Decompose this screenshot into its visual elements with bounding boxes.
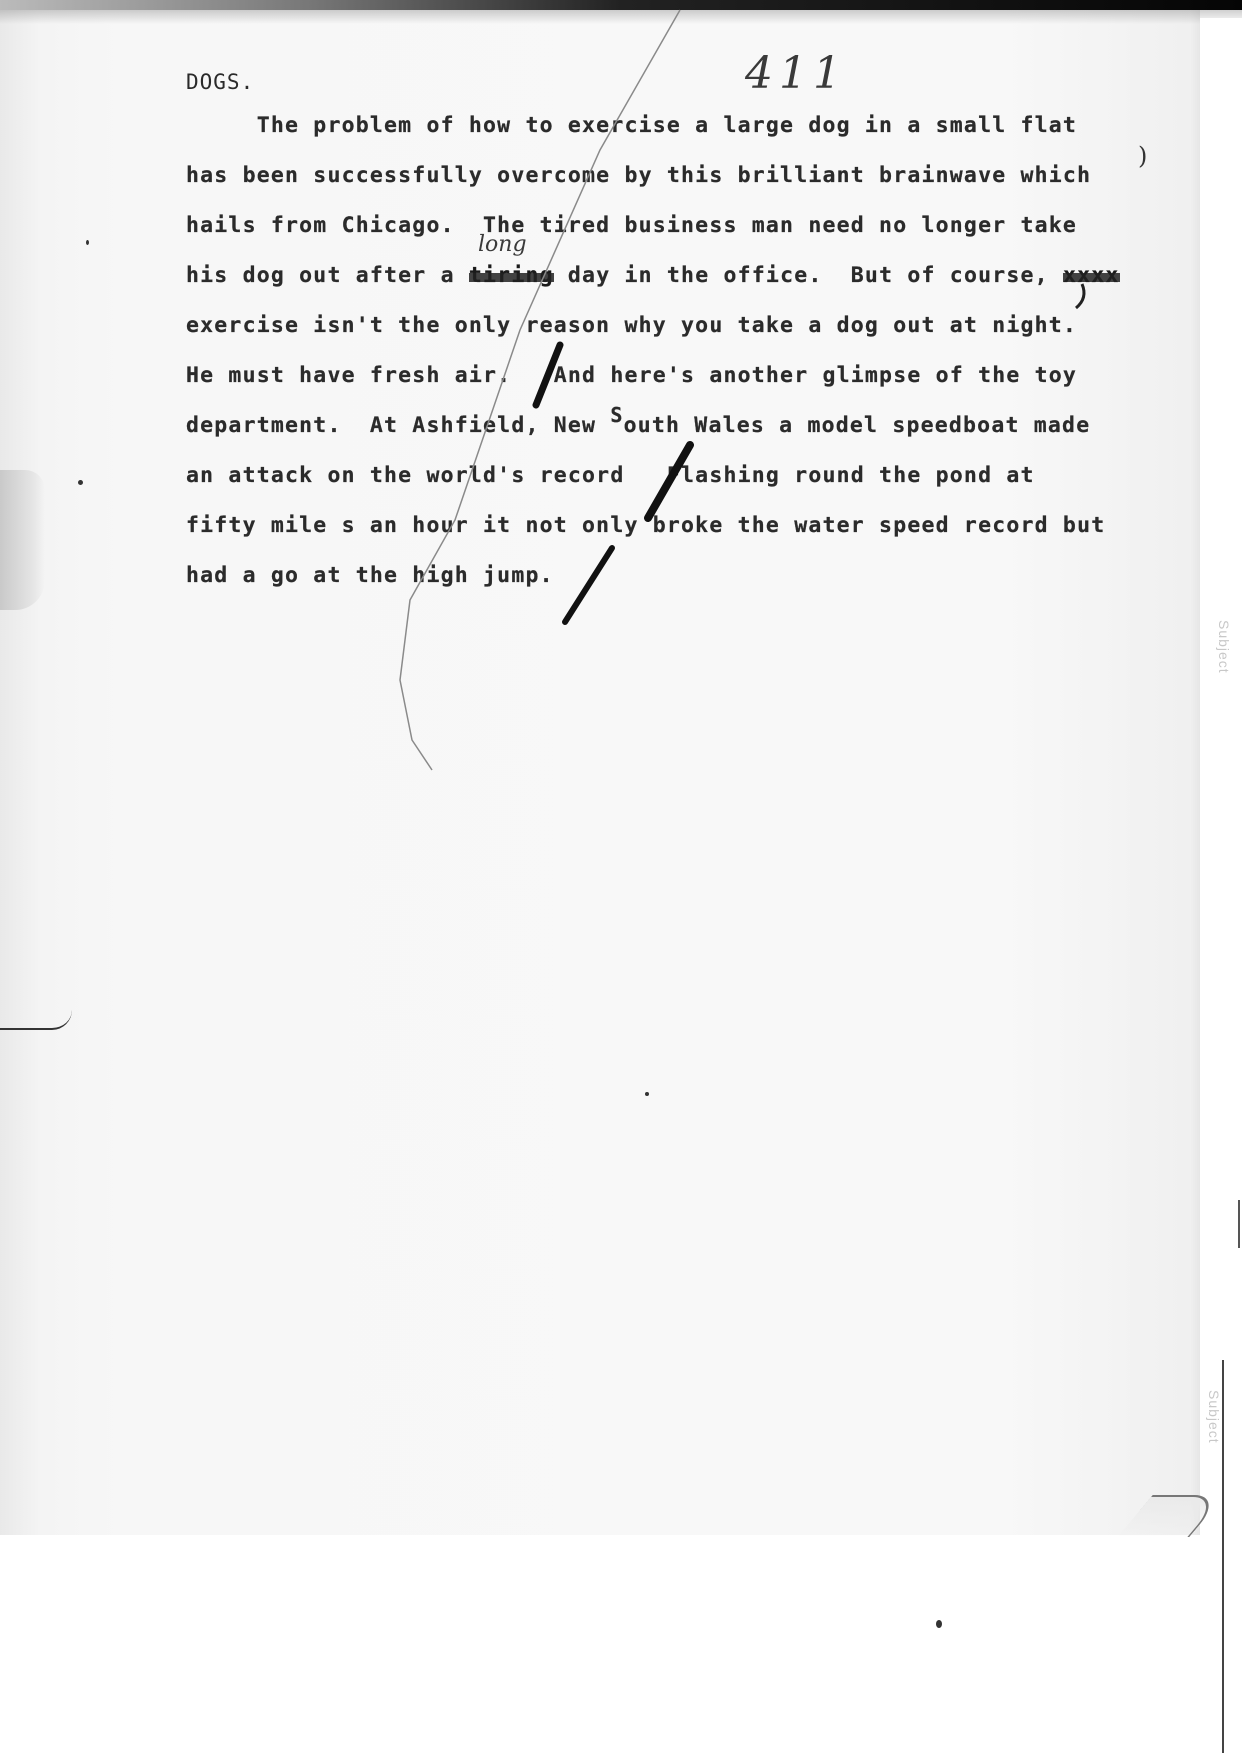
- edge-line: [1222, 1360, 1224, 1753]
- subject-tab-label: Subject: [1216, 620, 1232, 674]
- handwritten-insertion: long: [478, 232, 527, 257]
- text-line: department. At Ashfield, New South Wales…: [186, 413, 1090, 463]
- text-line: his dog out after a tiring day in the of…: [186, 263, 1120, 313]
- text-line: fifty mile s an hour it not only broke t…: [186, 513, 1105, 563]
- text-line: has been successfully overcome by this b…: [186, 163, 1091, 213]
- struck-word: tiring: [469, 263, 554, 288]
- speck: [78, 480, 83, 485]
- handwritten-page-number: 411: [745, 48, 847, 99]
- raised-letter: S: [610, 403, 623, 427]
- handwritten-bracket: ): [1138, 142, 1147, 170]
- edge-line: [1238, 1200, 1240, 1248]
- struck-characters: xxxx: [1063, 263, 1120, 288]
- text-line: an attack on the world's record Flashing…: [186, 463, 1035, 513]
- pen-scribble: [0, 1010, 72, 1030]
- text-segment: department. At Ashfield, New: [186, 413, 610, 438]
- torn-edge-shadow: [0, 470, 45, 610]
- text-line: hails from Chicago. The tired business m…: [186, 213, 1077, 263]
- text-segment: outh Wales a model speedboat made: [624, 413, 1091, 438]
- speck: [645, 1092, 649, 1096]
- text-segment: his dog out after a: [186, 263, 469, 288]
- scan-top-edge: [0, 0, 1242, 10]
- text-line: The problem of how to exercise a large d…: [186, 113, 1077, 163]
- speck: [936, 1620, 942, 1628]
- text-line: had a go at the high jump.: [186, 563, 554, 613]
- document-heading: DOGS.: [186, 70, 254, 94]
- text-segment: day in the office. But of course,: [554, 263, 1063, 288]
- right-tab-strip: [1200, 18, 1242, 1753]
- text-line: exercise isn't the only reason why you t…: [186, 313, 1077, 363]
- speck: [86, 240, 89, 245]
- subject-tab-label: Subject: [1206, 1390, 1222, 1444]
- text-line: He must have fresh air. And here's anoth…: [186, 363, 1077, 413]
